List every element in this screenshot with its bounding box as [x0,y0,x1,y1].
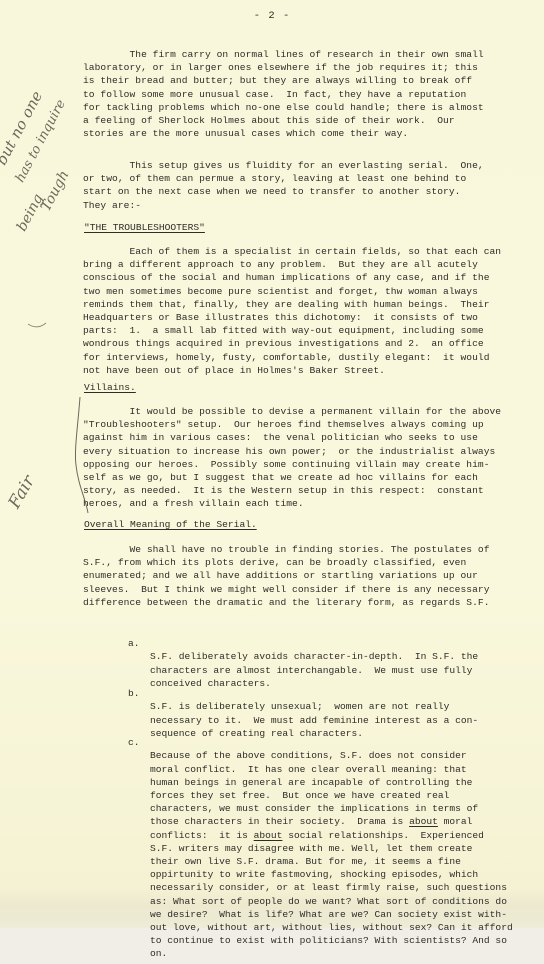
paragraph-firm-research: The firm carry on normal lines of resear… [83,48,544,140]
margin-tick-mark [26,320,48,332]
paragraph-specialists: Each of them is a specialist in certain … [83,245,544,377]
paragraph-villains: It would be possible to devise a permane… [83,405,544,511]
heading-villains: Villains. [84,382,136,393]
list-marker: a. [128,637,140,650]
heading-overall-meaning: Overall Meaning of the Serial. [84,519,257,530]
list-text: Because of the above conditions, S.F. do… [150,749,513,960]
list-marker: c. [128,736,140,749]
paragraph-stories: We shall have no trouble in finding stor… [83,543,544,609]
list-item-a: a. S.F. deliberately avoids character-in… [128,624,140,664]
list-item-b: b. S.F. is deliberately unsexual; women … [128,674,140,714]
page-number: - 2 - [0,10,544,22]
list-marker: b. [128,687,140,700]
list-text: S.F. deliberately avoids character-in-de… [150,650,478,690]
paragraph-setup-fluidity: This setup gives us fluidity for an ever… [83,159,544,212]
margin-bracket-mark [60,395,90,515]
list-text: S.F. is deliberately unsexual; women are… [150,700,478,740]
list-item-c: c. Because of the above conditions, S.F.… [128,723,140,763]
heading-troubleshooters: "THE TROUBLESHOOTERS" [84,222,205,233]
